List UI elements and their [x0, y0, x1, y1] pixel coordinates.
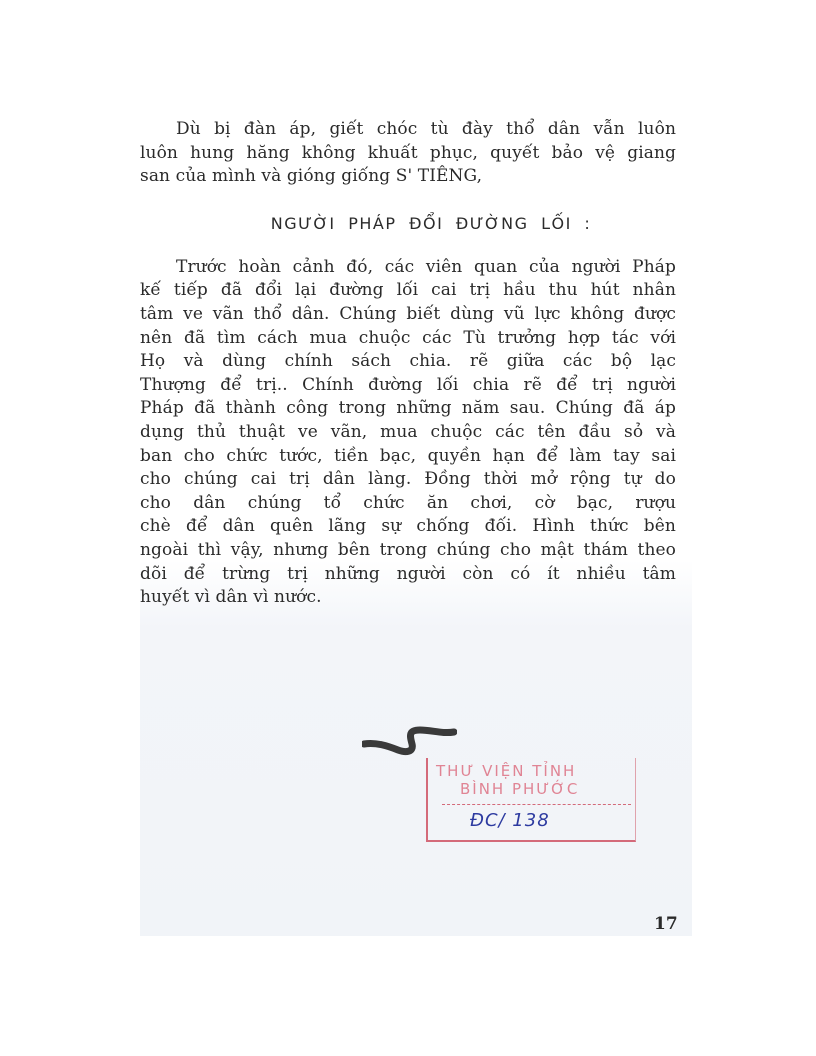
text-line: cho chúng cai trị dân làng. Đồng thời mở… [140, 468, 676, 492]
signature-icon [362, 722, 457, 762]
text-line: kế tiếp đã đổi lại đường lối cai trị hầu… [140, 279, 676, 303]
text-line: Họ và dùng chính sách chia. rẽ giữa các … [140, 350, 676, 374]
page-number: 17 [654, 914, 678, 934]
section-heading: NGƯỜI PHÁP ĐỔI ĐƯỜNG LỐI : [186, 214, 676, 233]
text-line: Trước hoàn cảnh đó, các viên quan của ng… [140, 256, 676, 280]
text-line: ngoài thì vậy, nhưng bên trong chúng cho… [140, 539, 676, 563]
text-line: Thượng để trị.. Chính đường lối chia rẽ … [140, 374, 676, 398]
stamp-line-1: THƯ VIỆN TỈNH [436, 762, 576, 780]
library-stamp: THƯ VIỆN TỈNH BÌNH PHƯỚC ĐC/ 138 [426, 758, 636, 842]
text-line: cho dân chúng tổ chức ăn chơi, cờ bạc, r… [140, 492, 676, 516]
text-block: Dù bị đàn áp, giết chóc tù đày thổ dân v… [140, 118, 676, 610]
text-line: dõi để trừng trị những người còn có ít n… [140, 563, 676, 587]
paragraph-2: Trước hoàn cảnh đó, các viên quan của ng… [140, 256, 676, 610]
text-line: chè để dân quên lãng sự chống đối. Hình … [140, 515, 676, 539]
text-line: san của mình và gióng giống S' TIÊNG, [140, 165, 676, 189]
text-line: luôn hung hăng không khuất phục, quyết b… [140, 142, 676, 166]
paragraph-1: Dù bị đàn áp, giết chóc tù đày thổ dân v… [140, 118, 676, 189]
stamp-divider [442, 804, 631, 805]
text-line: huyết vì dân vì nước. [140, 586, 676, 610]
stamp-handwritten-code: ĐC/ 138 [470, 810, 550, 831]
stamp-line-2: BÌNH PHƯỚC [460, 780, 579, 798]
text-line: nên đã tìm cách mua chuộc các Tù trưởng … [140, 327, 676, 351]
text-line: Dù bị đàn áp, giết chóc tù đày thổ dân v… [140, 118, 676, 142]
text-line: tâm ve vãn thổ dân. Chúng biết dùng vũ l… [140, 303, 676, 327]
text-line: ban cho chức tước, tiền bạc, quyền hạn đ… [140, 445, 676, 469]
text-line: dụng thủ thuật ve vãn, mua chuộc các tên… [140, 421, 676, 445]
text-line: Pháp đã thành công trong những năm sau. … [140, 397, 676, 421]
